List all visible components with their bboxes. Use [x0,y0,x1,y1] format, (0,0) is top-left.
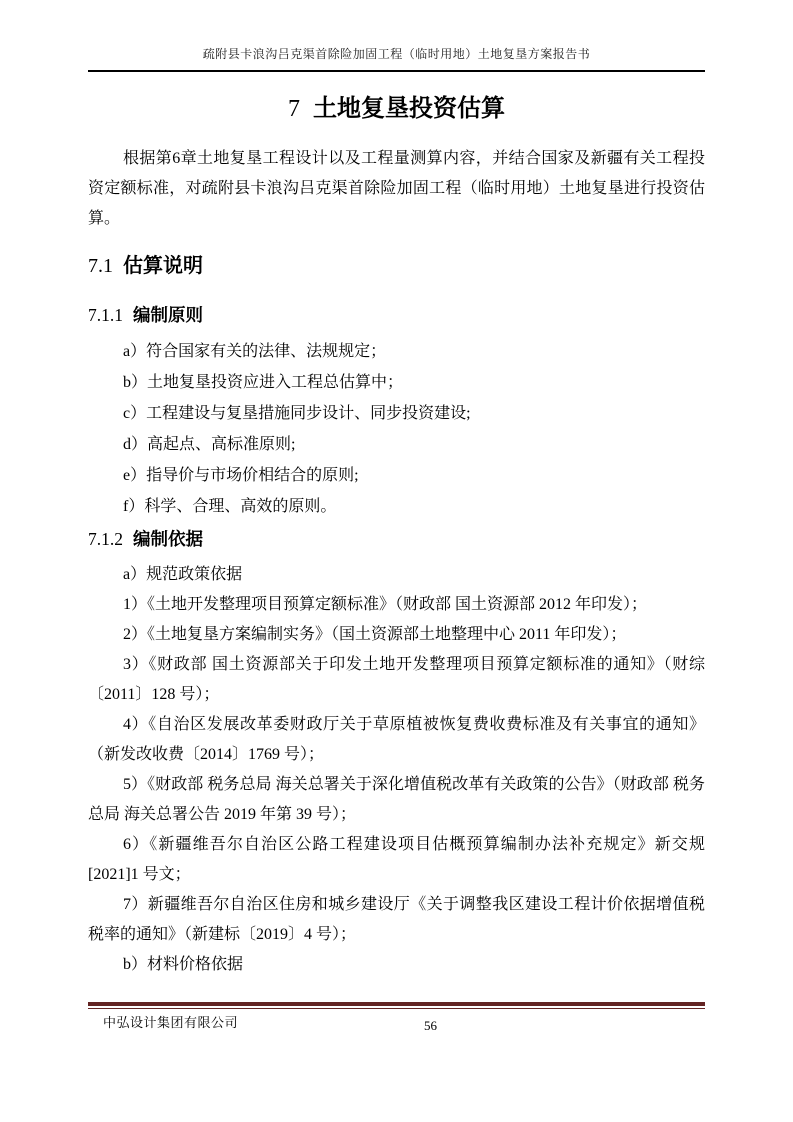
section-7-1-heading: 7.1估算说明 [88,253,705,279]
section-7-1-2-heading: 7.1.2编制依据 [88,527,705,551]
basis-item-5: 5）《财政部 税务总局 海关总署关于深化增值税改革有关政策的公告》（财政部 税务… [88,770,705,830]
basis-item-7: 7）新疆维吾尔自治区住房和城乡建设厅《关于调整我区建设工程计价依据增值税税率的通… [88,890,705,950]
basis-item-6: 6）《新疆维吾尔自治区公路工程建设项目估概预算编制办法补充规定》新交规[2021… [88,830,705,890]
section-7-1-1-number: 7.1.1 [88,305,123,325]
intro-paragraph: 根据第6章土地复垦工程设计以及工程量测算内容，并结合国家及新疆有关工程投资定额标… [88,144,705,234]
footer-row: 中弘设计集团有限公司 56 [88,1015,705,1031]
footer-page-number: 56 [424,1018,437,1034]
header-rule [88,70,705,72]
principle-item-e: e）指导价与市场价相结合的原则; [88,460,705,491]
principle-item-c: c）工程建设与复垦措施同步设计、同步投资建设; [88,398,705,429]
chapter-title-text: 土地复垦投资估算 [313,95,505,122]
principle-item-f: f）科学、合理、高效的原则。 [88,491,705,522]
basis-item-4: 4）《自治区发展改革委财政厅关于草原植被恢复费收费标准及有关事宜的通知》（新发改… [88,710,705,770]
section-7-1-2-title: 编制依据 [133,529,203,549]
principle-item-d: d）高起点、高标准原则; [88,429,705,460]
basis-item-b: b）材料价格依据 [88,950,705,980]
section-7-1-title: 估算说明 [123,255,203,277]
page-footer: 中弘设计集团有限公司 56 [88,1002,705,1031]
section-7-1-number: 7.1 [88,255,113,277]
section-7-1-1-heading: 7.1.1编制原则 [88,303,705,327]
principles-list: a）符合国家有关的法律、法规规定； b）土地复垦投资应进入工程总估算中； c）工… [88,336,705,522]
section-7-1-2-number: 7.1.2 [88,529,123,549]
basis-item-2: 2）《土地复垦方案编制实务》（国土资源部土地整理中心 2011 年印发）； [88,620,705,650]
basis-list: a）规范政策依据 1）《土地开发整理项目预算定额标准》（财政部 国土资源部 20… [88,560,705,980]
section-7-1-1-title: 编制原则 [133,305,203,325]
running-header-title: 疏附县卡浪沟吕克渠首除险加固工程（临时用地）土地复垦方案报告书 [88,46,705,62]
footer-rule-thin [88,1008,705,1009]
chapter-title: 7土地复垦投资估算 [88,94,705,124]
basis-item-1: 1）《土地开发整理项目预算定额标准》（财政部 国土资源部 2012 年印发）； [88,590,705,620]
principle-item-b: b）土地复垦投资应进入工程总估算中； [88,367,705,398]
footer-company-name: 中弘设计集团有限公司 [88,1015,238,1030]
document-page: 疏附县卡浪沟吕克渠首除险加固工程（临时用地）土地复垦方案报告书 7土地复垦投资估… [0,0,793,1122]
basis-item-a: a）规范政策依据 [88,560,705,590]
basis-item-3: 3）《财政部 国土资源部关于印发土地开发整理项目预算定额标准的通知》（财综〔20… [88,650,705,710]
page-content: 疏附县卡浪沟吕克渠首除险加固工程（临时用地）土地复垦方案报告书 7土地复垦投资估… [0,0,793,980]
footer-rule-thick [88,1002,705,1006]
chapter-number: 7 [288,96,300,122]
principle-item-a: a）符合国家有关的法律、法规规定； [88,336,705,367]
